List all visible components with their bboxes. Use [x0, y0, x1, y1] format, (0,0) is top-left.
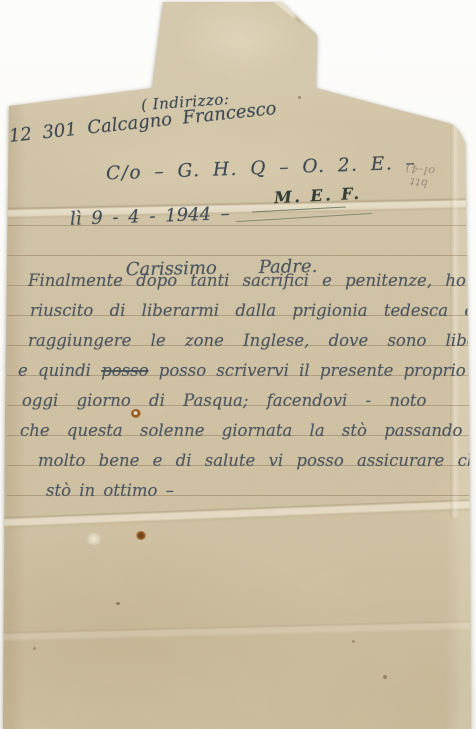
paper-wrap: ( Indirizzo: 12 301 Calcagno Francesco C…	[0, 0, 476, 729]
letter-line: e quindi posso posso scrivervi il presen…	[18, 356, 470, 386]
letter-body: Finalmente dopo tanti sacrifici e penite…	[12, 266, 470, 506]
letter-line: raggiungere le zone Inglese, dove sono l…	[28, 326, 470, 356]
letter-line: stò in ottimo –	[46, 476, 470, 506]
letter-line: molto bene e di salute vi posso assicura…	[38, 446, 470, 476]
letter-paper: ( Indirizzo: 12 301 Calcagno Francesco C…	[0, 0, 476, 729]
flap-fold-corner	[274, 0, 318, 38]
pencil-note: btt ol-4)	[403, 161, 436, 190]
paper-speck	[383, 675, 387, 679]
letter-line: Finalmente dopo tanti sacrifici e penite…	[28, 266, 470, 296]
paper-speck	[352, 640, 355, 643]
crease-star	[86, 533, 102, 545]
letter-line: oggi giorno di Pasqua; facendovi - noto	[22, 386, 470, 416]
address-line: C/o – G. H. Q – O. 2. E. –	[106, 153, 417, 185]
paper-hole	[136, 531, 146, 540]
scanner-background: ( Indirizzo: 12 301 Calcagno Francesco C…	[0, 0, 476, 729]
fold-crease-lower	[2, 620, 474, 642]
letter-line: riuscito di liberarmi dalla prigionia te…	[30, 296, 470, 326]
struck-word: posso	[101, 361, 148, 380]
paper-speck	[298, 96, 301, 99]
paper-speck	[116, 602, 120, 605]
letter-line: che questa solenne giornata la stò passa…	[20, 416, 470, 446]
paper-speck	[33, 647, 36, 650]
